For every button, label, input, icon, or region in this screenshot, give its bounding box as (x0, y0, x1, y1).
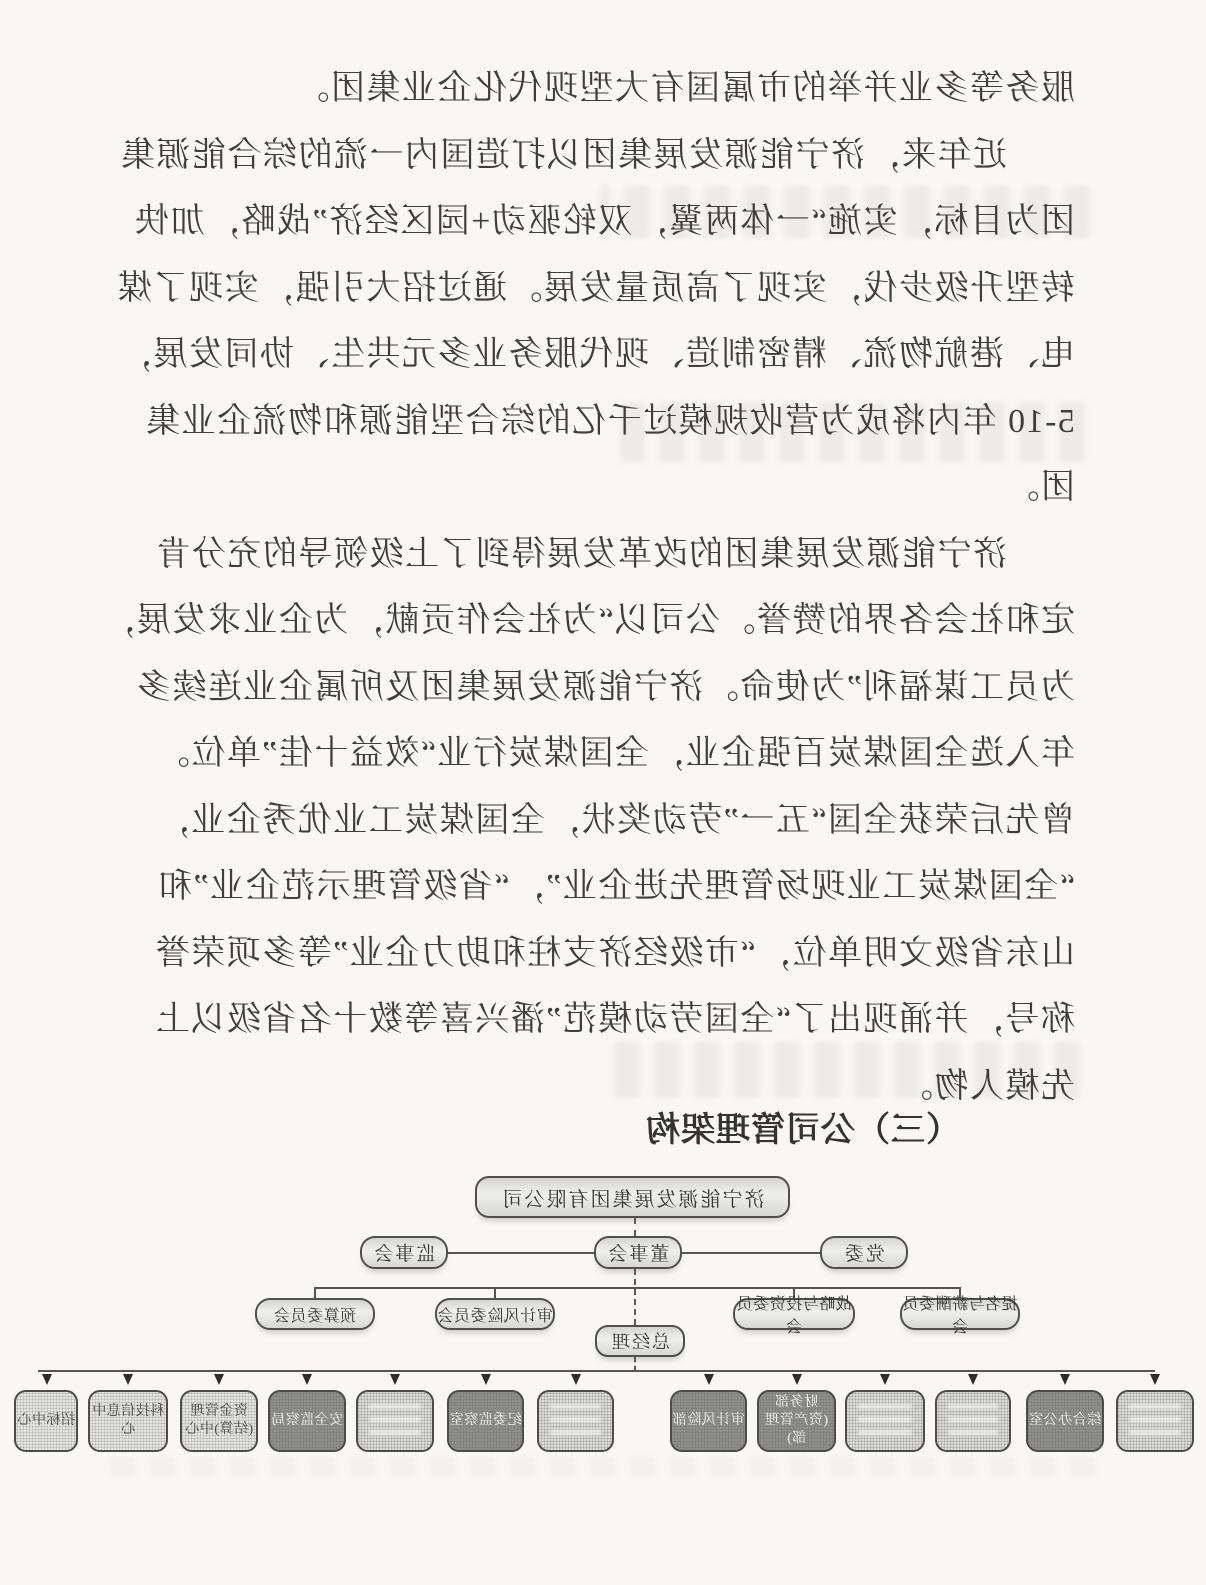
dept-label: 资金管理 (190, 1403, 248, 1421)
arrow-down-icon (571, 1374, 581, 1385)
illegible-text-smudge (1129, 1404, 1181, 1438)
connector-line (38, 1370, 1155, 1372)
connector-line (634, 1269, 636, 1325)
connector-line (314, 1287, 316, 1298)
dept-label: 审计风险部 (672, 1412, 745, 1430)
text-line: 电、港航物流、精密制造、现代服务业多元共生、协同发展， (163, 322, 1075, 389)
connector-line (634, 1218, 636, 1236)
arrow-down-icon (968, 1374, 978, 1385)
text-line: 山东省级文明单位，“市级经济支柱和助力企业”等多项荣誉 (163, 921, 1075, 988)
org-node-strategy-investment-committee: 战略与投资委员会 (733, 1298, 855, 1330)
illegible-text-smudge (948, 1404, 998, 1438)
arrow-down-icon (42, 1374, 52, 1385)
org-node-party-committee: 党委 (820, 1236, 908, 1269)
text-line: 团。 (163, 455, 1075, 522)
text-line: 定和社会各界的赞誉。公司以“为社会作贡献，为企业求发展， (163, 588, 1075, 655)
text-line: 团为目标，实施“一体两翼，双轮驱动+园区经济”战略，加快 (163, 189, 1075, 256)
section-heading: （三）公司管理架构 (645, 1102, 960, 1151)
dept-box-audit-risk: 审计风险部 (670, 1390, 747, 1452)
org-node-budget-committee: 预算委员会 (255, 1298, 375, 1330)
dept-box-illegible (935, 1390, 1011, 1452)
connector-line (682, 1252, 820, 1254)
dept-label: 安全监察局 (271, 1412, 344, 1430)
dept-label: 科技信息中心 (90, 1403, 166, 1439)
arrow-down-icon (481, 1374, 491, 1385)
text-line: 称号，并涌现出了“全国劳动模范”潘兴喜等数十名省级以上 (163, 987, 1075, 1054)
dept-box-discipline-inspection: 纪委监察室 (447, 1390, 524, 1452)
connector-line (448, 1252, 594, 1254)
org-node-nomination-remuneration-committee: 提名与薪酬委员会 (900, 1298, 1020, 1330)
dept-box-illegible (845, 1390, 925, 1452)
org-node-board-of-directors: 董事会 (594, 1236, 682, 1269)
text-line: 转型升级步伐，实现了高质量发展。通过招大引强，实现了煤 (163, 256, 1075, 323)
arrow-down-icon (1060, 1374, 1070, 1385)
dept-box-fund-settlement-center: 资金管理 (结算)中心 (180, 1390, 258, 1452)
illegible-text-smudge (550, 1404, 601, 1438)
arrow-down-icon (704, 1374, 714, 1385)
dept-label: 财务部 (775, 1394, 819, 1412)
org-node-supervisory-board: 监事会 (360, 1236, 448, 1269)
dept-box-illegible (537, 1390, 614, 1452)
text-line: 近年来，济宁能源发展集团以打造国内一流的综合能源集 (163, 123, 1075, 190)
dept-box-bidding-center: 招标中心 (14, 1390, 78, 1452)
dept-box-safety-supervision: 安全监察局 (268, 1390, 346, 1452)
text-line: “全国煤炭工业现场管理先进企业”，“省级管理示范企业”和 (163, 854, 1075, 921)
scanned-document-page: 服务等多业并举的市属国有大型现代化企业集团。 近年来，济宁能源发展集团以打造国内… (0, 0, 1206, 1585)
arrow-down-icon (792, 1374, 802, 1385)
arrow-down-icon (1150, 1374, 1160, 1385)
text-line: 济宁能源发展集团的改革发展得到了上级领导的充分肯 (163, 522, 1075, 589)
dept-box-finance-asset-management: 财务部 (资产管理部) (757, 1390, 836, 1452)
arrow-down-icon (302, 1374, 312, 1385)
illegible-text-smudge (369, 1404, 421, 1438)
dept-box-general-office: 综合办公室 (1026, 1390, 1104, 1452)
scan-shadow (96, 1458, 1096, 1476)
connector-line (634, 1357, 636, 1371)
dept-label: 纪委监察室 (449, 1412, 522, 1430)
text-line: 曾先后荣获全国“五一”劳动奖状，全国煤炭工业优秀企业， (163, 788, 1075, 855)
dept-label: 综合办公室 (1029, 1412, 1102, 1430)
arrow-down-icon (390, 1374, 400, 1385)
org-node-general-manager: 总经理 (595, 1325, 685, 1357)
text-line: 5-10 年内将成为营收规模过千亿的综合型能源和物流企业集 (163, 389, 1075, 456)
text-line: 服务等多业并举的市属国有大型现代化企业集团。 (163, 56, 1075, 123)
dept-label: 招标中心 (17, 1412, 75, 1430)
org-node-audit-risk-committee: 审计风险委员会 (435, 1298, 555, 1330)
arrow-down-icon (880, 1374, 890, 1385)
dept-label-line2: (结算)中心 (185, 1421, 253, 1439)
dept-box-illegible (1116, 1390, 1194, 1452)
mirrored-scan-content: 服务等多业并举的市属国有大型现代化企业集团。 近年来，济宁能源发展集团以打造国内… (0, 0, 1206, 1585)
dept-box-technology-information-center: 科技信息中心 (88, 1390, 168, 1452)
dept-box-illegible (356, 1390, 434, 1452)
text-line: 年入选全国煤炭百强企业，全国煤炭行业“效益十佳”单位。 (163, 721, 1075, 788)
connector-line (494, 1287, 496, 1298)
arrow-down-icon (123, 1374, 133, 1385)
text-line: 为员工谋福利”为使命。济宁能源发展集团及所属企业连续多 (163, 655, 1075, 722)
dept-label-line2: (资产管理部) (759, 1412, 834, 1448)
org-node-company-root: 济宁能源发展集团有限公司 (475, 1176, 790, 1218)
body-text: 服务等多业并举的市属国有大型现代化企业集团。 近年来，济宁能源发展集团以打造国内… (163, 56, 1075, 1120)
illegible-text-smudge (858, 1404, 911, 1438)
connector-line (315, 1287, 960, 1289)
arrow-down-icon (214, 1374, 224, 1385)
